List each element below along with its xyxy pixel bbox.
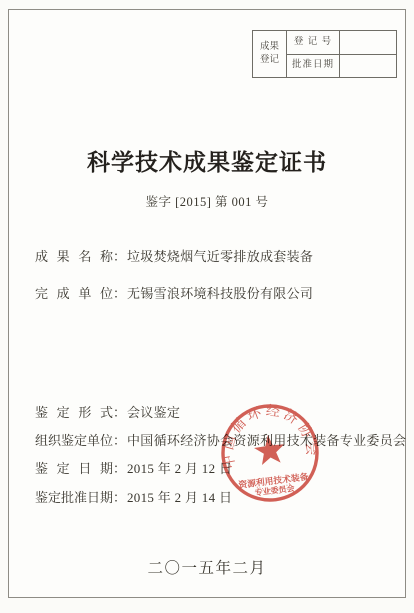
field-colon: ： [113, 283, 127, 302]
field-appraisal-form: 鉴定形式：会议鉴定 [35, 402, 180, 421]
field-value: 无锡雪浪环境科技股份有限公司 [127, 286, 313, 301]
field-label: 完成单位 [35, 283, 113, 302]
issue-month: 二〇一五年二月 [0, 556, 414, 578]
certificate-title: 科学技术成果鉴定证书 [0, 144, 414, 177]
registration-group-cell: 成果 登记 [253, 31, 287, 78]
field-colon: ： [113, 458, 127, 477]
group-label-line1: 成果 [260, 42, 279, 52]
field-label: 成果名称 [35, 246, 113, 265]
official-seal: 中国循环经济协会 资源利用技术装备 专业委员会 ••••••••••••• [209, 392, 332, 515]
certificate-number: 鉴字 [2015] 第 001 号 [0, 192, 414, 210]
field-label: 组织鉴定单位 [35, 430, 113, 449]
field-value: 垃圾焚烧烟气近零排放成套装备 [127, 249, 313, 264]
field-colon: ： [113, 487, 127, 506]
reg-no-value-cell [340, 31, 397, 55]
field-achievement-name: 成果名称：垃圾焚烧烟气近零排放成套装备 [35, 246, 313, 265]
registration-table: 成果 登记 登 记 号 批准日期 [252, 30, 397, 78]
field-approval-date: 鉴定批准日期：2015 年 2 月 14 日 [35, 487, 232, 506]
field-value: 2015 年 2 月 14 日 [127, 490, 232, 505]
field-label: 鉴定日期 [35, 458, 113, 477]
scanned-certificate: 成果 登记 登 记 号 批准日期 科学技术成果鉴定证书 鉴字 [2015] 第 … [0, 0, 414, 613]
field-completing-unit: 完成单位：无锡雪浪环境科技股份有限公司 [35, 283, 313, 302]
approve-date-value-cell [340, 54, 397, 78]
field-label: 鉴定形式 [35, 402, 113, 421]
field-colon: ： [113, 402, 127, 421]
field-value: 会议鉴定 [127, 405, 180, 420]
table-row: 成果 登记 登 记 号 [253, 31, 397, 55]
certificate-page [8, 9, 406, 598]
seal-star-icon [253, 433, 287, 465]
group-label-line2: 登记 [260, 55, 279, 65]
reg-no-label-cell: 登 记 号 [287, 31, 340, 55]
field-colon: ： [113, 430, 127, 449]
field-label: 鉴定批准日期 [35, 487, 113, 506]
field-colon: ： [113, 246, 127, 265]
field-appraisal-date: 鉴定日期：2015 年 2 月 12 日 [35, 458, 232, 477]
approve-date-label-cell: 批准日期 [287, 54, 340, 78]
